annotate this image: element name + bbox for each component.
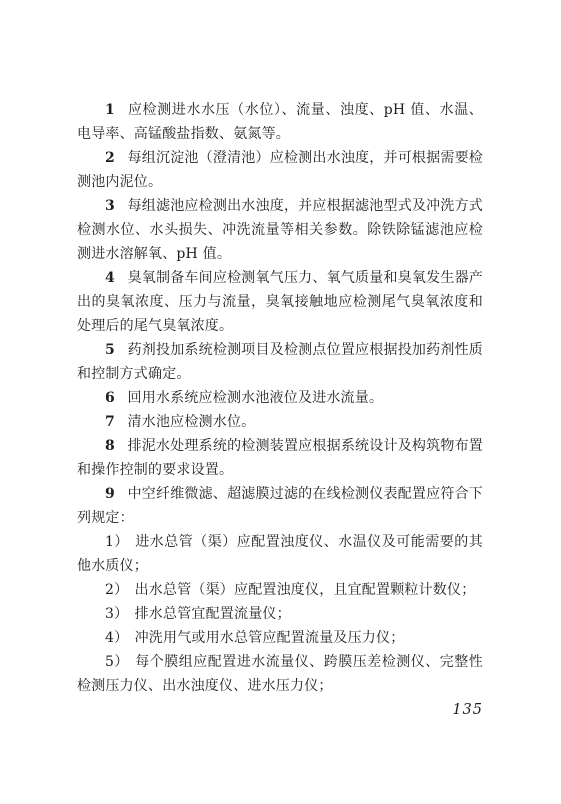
clause-number: 9 bbox=[105, 486, 115, 502]
subclause-text: 排水总管宜配置流量仪； bbox=[135, 606, 291, 622]
clause-text: 清水池应检测水位。 bbox=[128, 414, 256, 430]
clause-number: 6 bbox=[105, 390, 115, 406]
clause-text: 中空纤维微滤、超滤膜过滤的在线检测仪表配置应符合下列规定： bbox=[77, 486, 483, 526]
document-page: 1应检测进水水压（水位）、流量、浊度、pH 值、水温、电导率、高锰酸盐指数、氨氮… bbox=[0, 0, 561, 804]
clause-number: 4 bbox=[105, 270, 115, 286]
clause-item-2: 2每组沉淀池（澄清池）应检测出水浊度，并可根据需要检测池内泥位。 bbox=[77, 146, 483, 194]
clause-number: 1 bbox=[105, 102, 115, 118]
clause-item-4: 4臭氧制备车间应检测氧气压力、氧气质量和臭氧发生器产出的臭氧浓度、压力与流量，臭… bbox=[77, 266, 483, 338]
clause-item-1: 1应检测进水水压（水位）、流量、浊度、pH 值、水温、电导率、高锰酸盐指数、氨氮… bbox=[77, 98, 483, 146]
clause-number: 7 bbox=[105, 414, 115, 430]
clause-item-9: 9中空纤维微滤、超滤膜过滤的在线检测仪表配置应符合下列规定： bbox=[77, 482, 483, 530]
subclause-number: 2） bbox=[105, 582, 128, 598]
subclause-number: 4） bbox=[105, 630, 128, 646]
subclause-text: 冲洗用气或用水总管应配置流量及压力仪； bbox=[135, 630, 405, 646]
clause-text: 每组滤池应检测出水浊度，并应根据滤池型式及冲洗方式检测水位、水头损失、冲洗流量等… bbox=[77, 198, 483, 262]
clause-item-8: 8排泥水处理系统的检测装置应根据系统设计及构筑物布置和操作控制的要求设置。 bbox=[77, 434, 483, 482]
clause-text: 臭氧制备车间应检测氧气压力、氧气质量和臭氧发生器产出的臭氧浓度、压力与流量，臭氧… bbox=[77, 270, 483, 334]
subclause-text: 进水总管（渠）应配置浊度仪、水温仪及可能需要的其他水质仪； bbox=[77, 534, 483, 574]
subclause-item-2: 2）出水总管（渠）应配置浊度仪，且宜配置颗粒计数仪； bbox=[77, 578, 483, 602]
subclause-item-4: 4）冲洗用气或用水总管应配置流量及压力仪； bbox=[77, 626, 483, 650]
clause-list: 1应检测进水水压（水位）、流量、浊度、pH 值、水温、电导率、高锰酸盐指数、氨氮… bbox=[77, 98, 483, 698]
subclause-number: 5） bbox=[105, 654, 129, 670]
subclause-text: 出水总管（渠）应配置浊度仪，且宜配置颗粒计数仪； bbox=[135, 582, 476, 598]
subclause-number: 1） bbox=[105, 534, 129, 550]
clause-number: 2 bbox=[105, 150, 115, 166]
subclause-text: 每个膜组应配置进水流量仪、跨膜压差检测仪、完整性检测压力仪、出水浊度仪、进水压力… bbox=[77, 654, 483, 694]
clause-text: 排泥水处理系统的检测装置应根据系统设计及构筑物布置和操作控制的要求设置。 bbox=[77, 438, 483, 478]
clause-text: 每组沉淀池（澄清池）应检测出水浊度，并可根据需要检测池内泥位。 bbox=[77, 150, 483, 190]
clause-text: 应检测进水水压（水位）、流量、浊度、pH 值、水温、电导率、高锰酸盐指数、氨氮等… bbox=[77, 102, 483, 142]
clause-text: 药剂投加系统检测项目及检测点位置应根据投加药剂性质和控制方式确定。 bbox=[77, 342, 483, 382]
clause-item-5: 5药剂投加系统检测项目及检测点位置应根据投加药剂性质和控制方式确定。 bbox=[77, 338, 483, 386]
clause-item-3: 3每组滤池应检测出水浊度，并应根据滤池型式及冲洗方式检测水位、水头损失、冲洗流量… bbox=[77, 194, 483, 266]
clause-number: 8 bbox=[105, 438, 115, 454]
clause-text: 回用水系统应检测水池液位及进水流量。 bbox=[128, 390, 384, 406]
clause-item-7: 7清水池应检测水位。 bbox=[77, 410, 483, 434]
subclause-number: 3） bbox=[105, 606, 128, 622]
subclause-item-3: 3）排水总管宜配置流量仪； bbox=[77, 602, 483, 626]
subclause-item-5: 5）每个膜组应配置进水流量仪、跨膜压差检测仪、完整性检测压力仪、出水浊度仪、进水… bbox=[77, 650, 483, 698]
subclause-item-1: 1）进水总管（渠）应配置浊度仪、水温仪及可能需要的其他水质仪； bbox=[77, 530, 483, 578]
clause-number: 3 bbox=[105, 198, 115, 214]
clause-number: 5 bbox=[105, 342, 115, 358]
clause-item-6: 6回用水系统应检测水池液位及进水流量。 bbox=[77, 386, 483, 410]
page-number: 135 bbox=[77, 702, 483, 718]
